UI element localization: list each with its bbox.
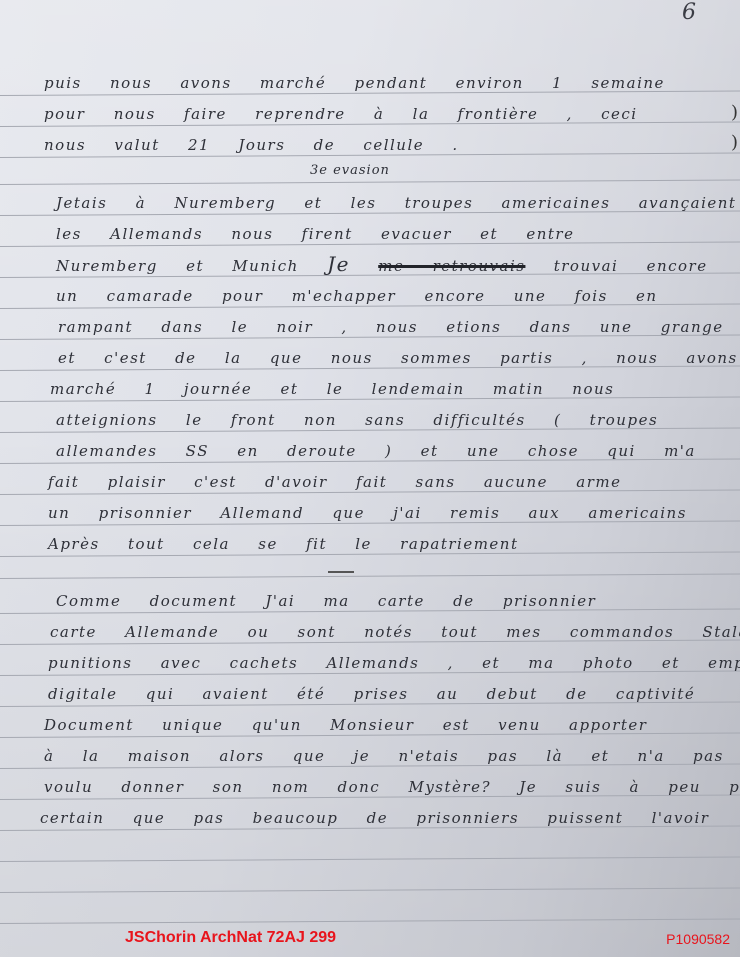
archive-label: JSChorin ArchNat 72AJ 299 (125, 929, 336, 947)
handwritten-line: fait plaisir c'est d'avoir fait sans auc… (0, 473, 740, 491)
handwritten-line: carte Allemande ou sont notés tout mes c… (0, 623, 740, 641)
handwritten-line: rampant dans le noir , nous etions dans … (0, 318, 740, 336)
handwritten-line: les Allemands nous firent evacuer et ent… (0, 225, 740, 243)
handwritten-line: voulu donner son nom donc Mystère? Je su… (0, 778, 740, 796)
handwritten-line: punitions avec cachets Allemands , et ma… (0, 654, 740, 672)
handwritten-line: Après tout cela se fit le rapatriement (0, 535, 740, 553)
margin-mark: ) (731, 102, 738, 123)
handwritten-line-with-strike: Nuremberg et Munich Je me retrouvais tro… (0, 252, 740, 276)
handwritten-line: puis nous avons marché pendant environ 1… (0, 74, 740, 92)
handwritten-line: un camarade pour m'echapper encore une f… (0, 287, 740, 305)
handwritten-line: un prisonnier Allemand que j'ai remis au… (0, 504, 740, 522)
line-start: Nuremberg et Munich (56, 257, 299, 275)
large-word: Je (327, 252, 350, 276)
handwritten-line: nous valut 21 Jours de cellule . (0, 136, 740, 154)
margin-mark: ) (731, 132, 738, 153)
handwritten-line: allemandes SS en deroute ) et une chose … (0, 442, 740, 460)
struck-out-word: me retrouvais (378, 257, 525, 275)
handwritten-line: à la maison alors que je n'etais pas là … (0, 747, 740, 765)
handwritten-line: atteignions le front non sans difficulté… (0, 411, 740, 429)
handwritten-line: marché 1 journée et le lendemain matin n… (0, 380, 740, 398)
handwritten-line: digitale qui avaient été prises au debut… (0, 685, 740, 703)
handwritten-line: certain que pas beaucoup de prisonniers … (0, 809, 740, 827)
notebook-page: 6 puis nous avons marché pendant environ… (0, 0, 740, 957)
photo-id: P1090582 (666, 931, 730, 947)
section-heading: 3e evasion (310, 163, 390, 178)
section-separator (328, 571, 354, 573)
handwritten-line: Document unique qu'un Monsieur est venu … (0, 716, 740, 734)
page-number: 6 (682, 0, 696, 25)
handwritten-line: Jetais à Nuremberg et les troupes americ… (0, 194, 740, 212)
handwritten-line: et c'est de la que nous sommes partis , … (0, 349, 740, 367)
handwritten-line: Comme document J'ai ma carte de prisonni… (0, 592, 740, 610)
line-end: trouvai encore (554, 257, 708, 275)
handwritten-line: pour nous faire reprendre à la frontière… (0, 105, 740, 123)
